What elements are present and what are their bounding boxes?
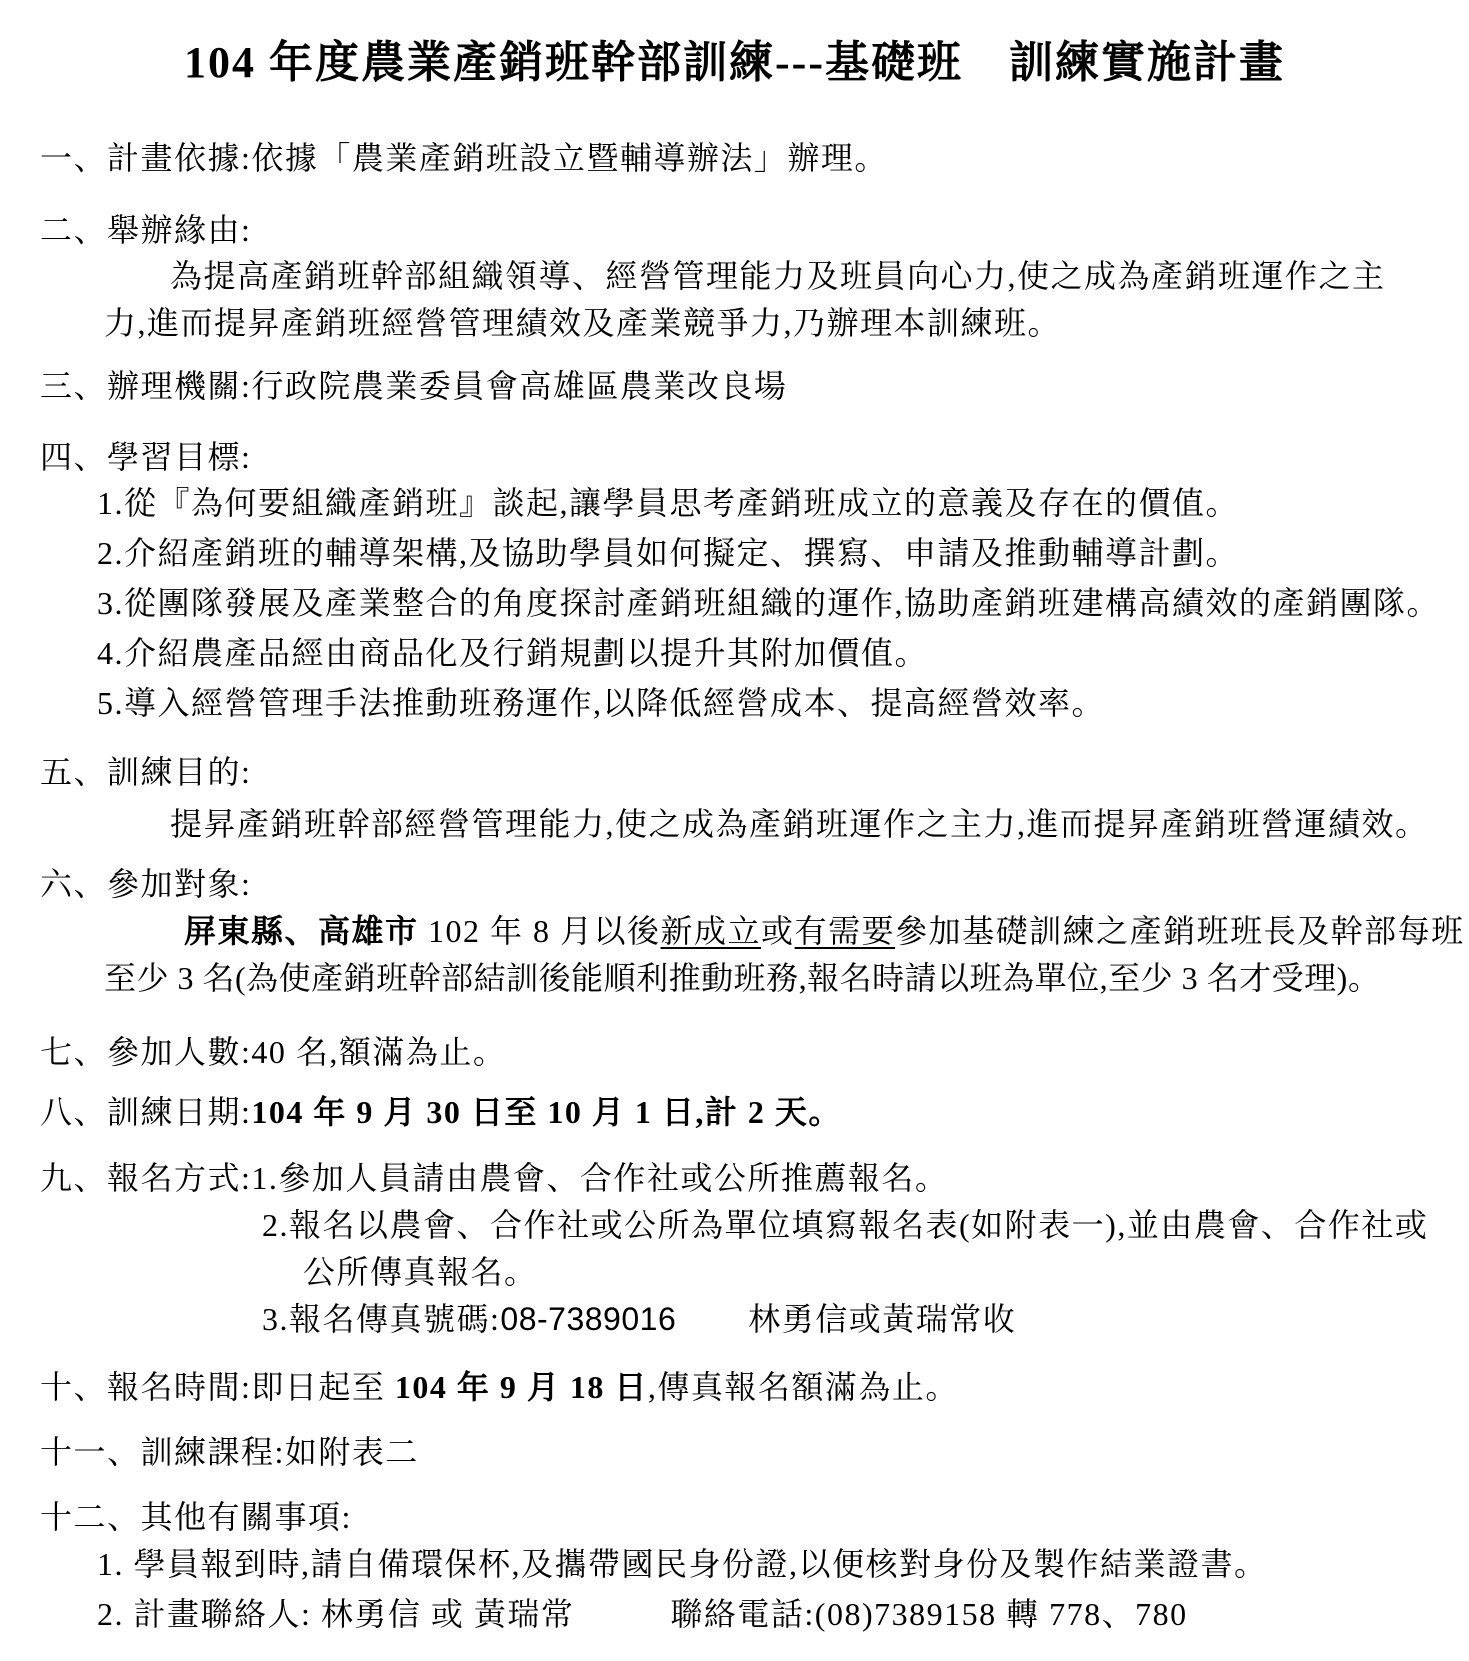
document-page: 104 年度農業產銷班幹部訓練---基礎班 訓練實施計畫 一、計畫依據:依據「農… <box>0 0 1469 1661</box>
section-4-item-3: 3.從團隊發展及產業整合的角度探討產銷班組織的運作,協助產銷班建構高績效的產銷團… <box>97 583 1440 623</box>
section-2-paragraph-line1: 為提高產銷班幹部組織領導、經營管理能力及班員向心力,使之成為產銷班運作之主 <box>170 256 1386 296</box>
section-9-item-2-line2: 公所傳真報名。 <box>303 1252 538 1292</box>
section-9-label: 九、報名方式: <box>40 1160 251 1196</box>
section-9-item-3-label: 3.報名傳真號碼: <box>262 1301 500 1337</box>
section-4-heading: 四、學習目標: <box>40 437 251 477</box>
section-1-plan-basis: 一、計畫依據:依據「農業產銷班設立暨輔導辦法」辦理。 <box>40 138 888 178</box>
section-6-text-2: 或 <box>761 913 795 949</box>
section-10-registration-period: 十、報名時間:即日起至 104 年 9 月 18 日,傳真報名額滿為止。 <box>40 1367 959 1407</box>
section-2-heading: 二、舉辦緣由: <box>40 210 251 250</box>
section-12-item-1: 1. 學員報到時,請自備環保杯,及攜帶國民身份證,以便核對身份及製作結業證書。 <box>97 1544 1268 1584</box>
section-9-item-2-line1: 2.報名以農會、合作社或公所為單位填寫報名表(如附表一),並由農會、合作社或 <box>262 1205 1428 1245</box>
fax-recipients: 林勇信或黃瑞常收 <box>748 1299 1016 1339</box>
section-9-row-1: 九、報名方式:1.參加人員請由農會、合作社或公所推薦報名。 <box>40 1158 948 1198</box>
section-5-paragraph: 提昇產銷班幹部經營管理能力,使之成為產銷班運作之主力,進而提昇產銷班營運績效。 <box>170 804 1429 844</box>
section-7-participants: 七、參加人數:40 名,額滿為止。 <box>40 1032 506 1072</box>
section-9-item-3: 3.報名傳真號碼:08-7389016林勇信或黃瑞常收 <box>262 1299 1016 1339</box>
section-8-label: 八、訓練日期: <box>40 1094 251 1130</box>
section-4-item-5: 5.導入經營管理手法推動班務運作,以降低經營成本、提高經營效率。 <box>97 683 1105 723</box>
section-8-date-bold: 104 年 9 月 30 日至 10 月 1 日,計 2 天。 <box>251 1094 842 1130</box>
section-2-paragraph-line2: 力,進而提昇產銷班經營管理績效及產業競爭力,乃辦理本訓練班。 <box>104 303 1061 343</box>
section-12-heading: 十二、其他有關事項: <box>40 1497 352 1537</box>
contact-persons: 2. 計畫聯絡人: 林勇信 或 黃瑞常 <box>97 1596 574 1632</box>
section-5-heading: 五、訓練目的: <box>40 752 251 792</box>
fax-number: 08-7389016 <box>500 1301 676 1337</box>
page-title: 104 年度農業產銷班幹部訓練---基礎班 訓練實施計畫 <box>0 26 1469 90</box>
section-10-prefix: 十、報名時間:即日起至 <box>40 1369 395 1405</box>
section-10-deadline-bold: 104 年 9 月 18 日 <box>395 1369 648 1405</box>
section-6-heading: 六、參加對象: <box>40 864 251 904</box>
section-6-paragraph-line1: 屏東縣、高雄市 102 年 8 月以後新成立或有需要參加基礎訓練之產銷班班長及幹… <box>184 911 1465 951</box>
section-9-item-1: 1.參加人員請由農會、合作社或公所推薦報名。 <box>251 1160 948 1196</box>
section-6-text-3: 參加基礎訓練之產銷班班長及幹部每班 <box>895 913 1465 949</box>
section-10-suffix: ,傳真報名額滿為止。 <box>648 1369 959 1405</box>
section-11-curriculum: 十一、訓練課程:如附表二 <box>40 1432 419 1472</box>
section-8-training-dates: 八、訓練日期:104 年 9 月 30 日至 10 月 1 日,計 2 天。 <box>40 1092 842 1132</box>
section-6-bold-counties: 屏東縣、高雄市 <box>184 913 419 949</box>
section-6-underline-new: 新成立 <box>661 913 762 949</box>
section-4-item-2: 2.介紹產銷班的輔導架構,及協助學員如何擬定、撰寫、申請及推動輔導計劃。 <box>97 533 1239 573</box>
section-4-item-4: 4.介紹農產品經由商品化及行銷規劃以提升其附加價值。 <box>97 633 928 673</box>
section-6-text-1: 102 年 8 月以後 <box>419 913 661 949</box>
section-12-item-2: 2. 計畫聯絡人: 林勇信 或 黃瑞常聯絡電話:(08)7389158 轉 77… <box>97 1594 1188 1634</box>
section-3-organizer: 三、辦理機關:行政院農業委員會高雄區農業改良場 <box>40 366 787 406</box>
section-4-item-1: 1.從『為何要組織產銷班』談起,讓學員思考產銷班成立的意義及存在的價值。 <box>97 483 1239 523</box>
contact-phone: 聯絡電話:(08)7389158 轉 778、780 <box>670 1594 1187 1634</box>
section-6-underline-need: 有需要 <box>795 913 896 949</box>
section-6-paragraph-line2: 至少 3 名(為使產銷班幹部結訓後能順利推動班務,報名時請以班為單位,至少 3 … <box>104 958 1380 998</box>
